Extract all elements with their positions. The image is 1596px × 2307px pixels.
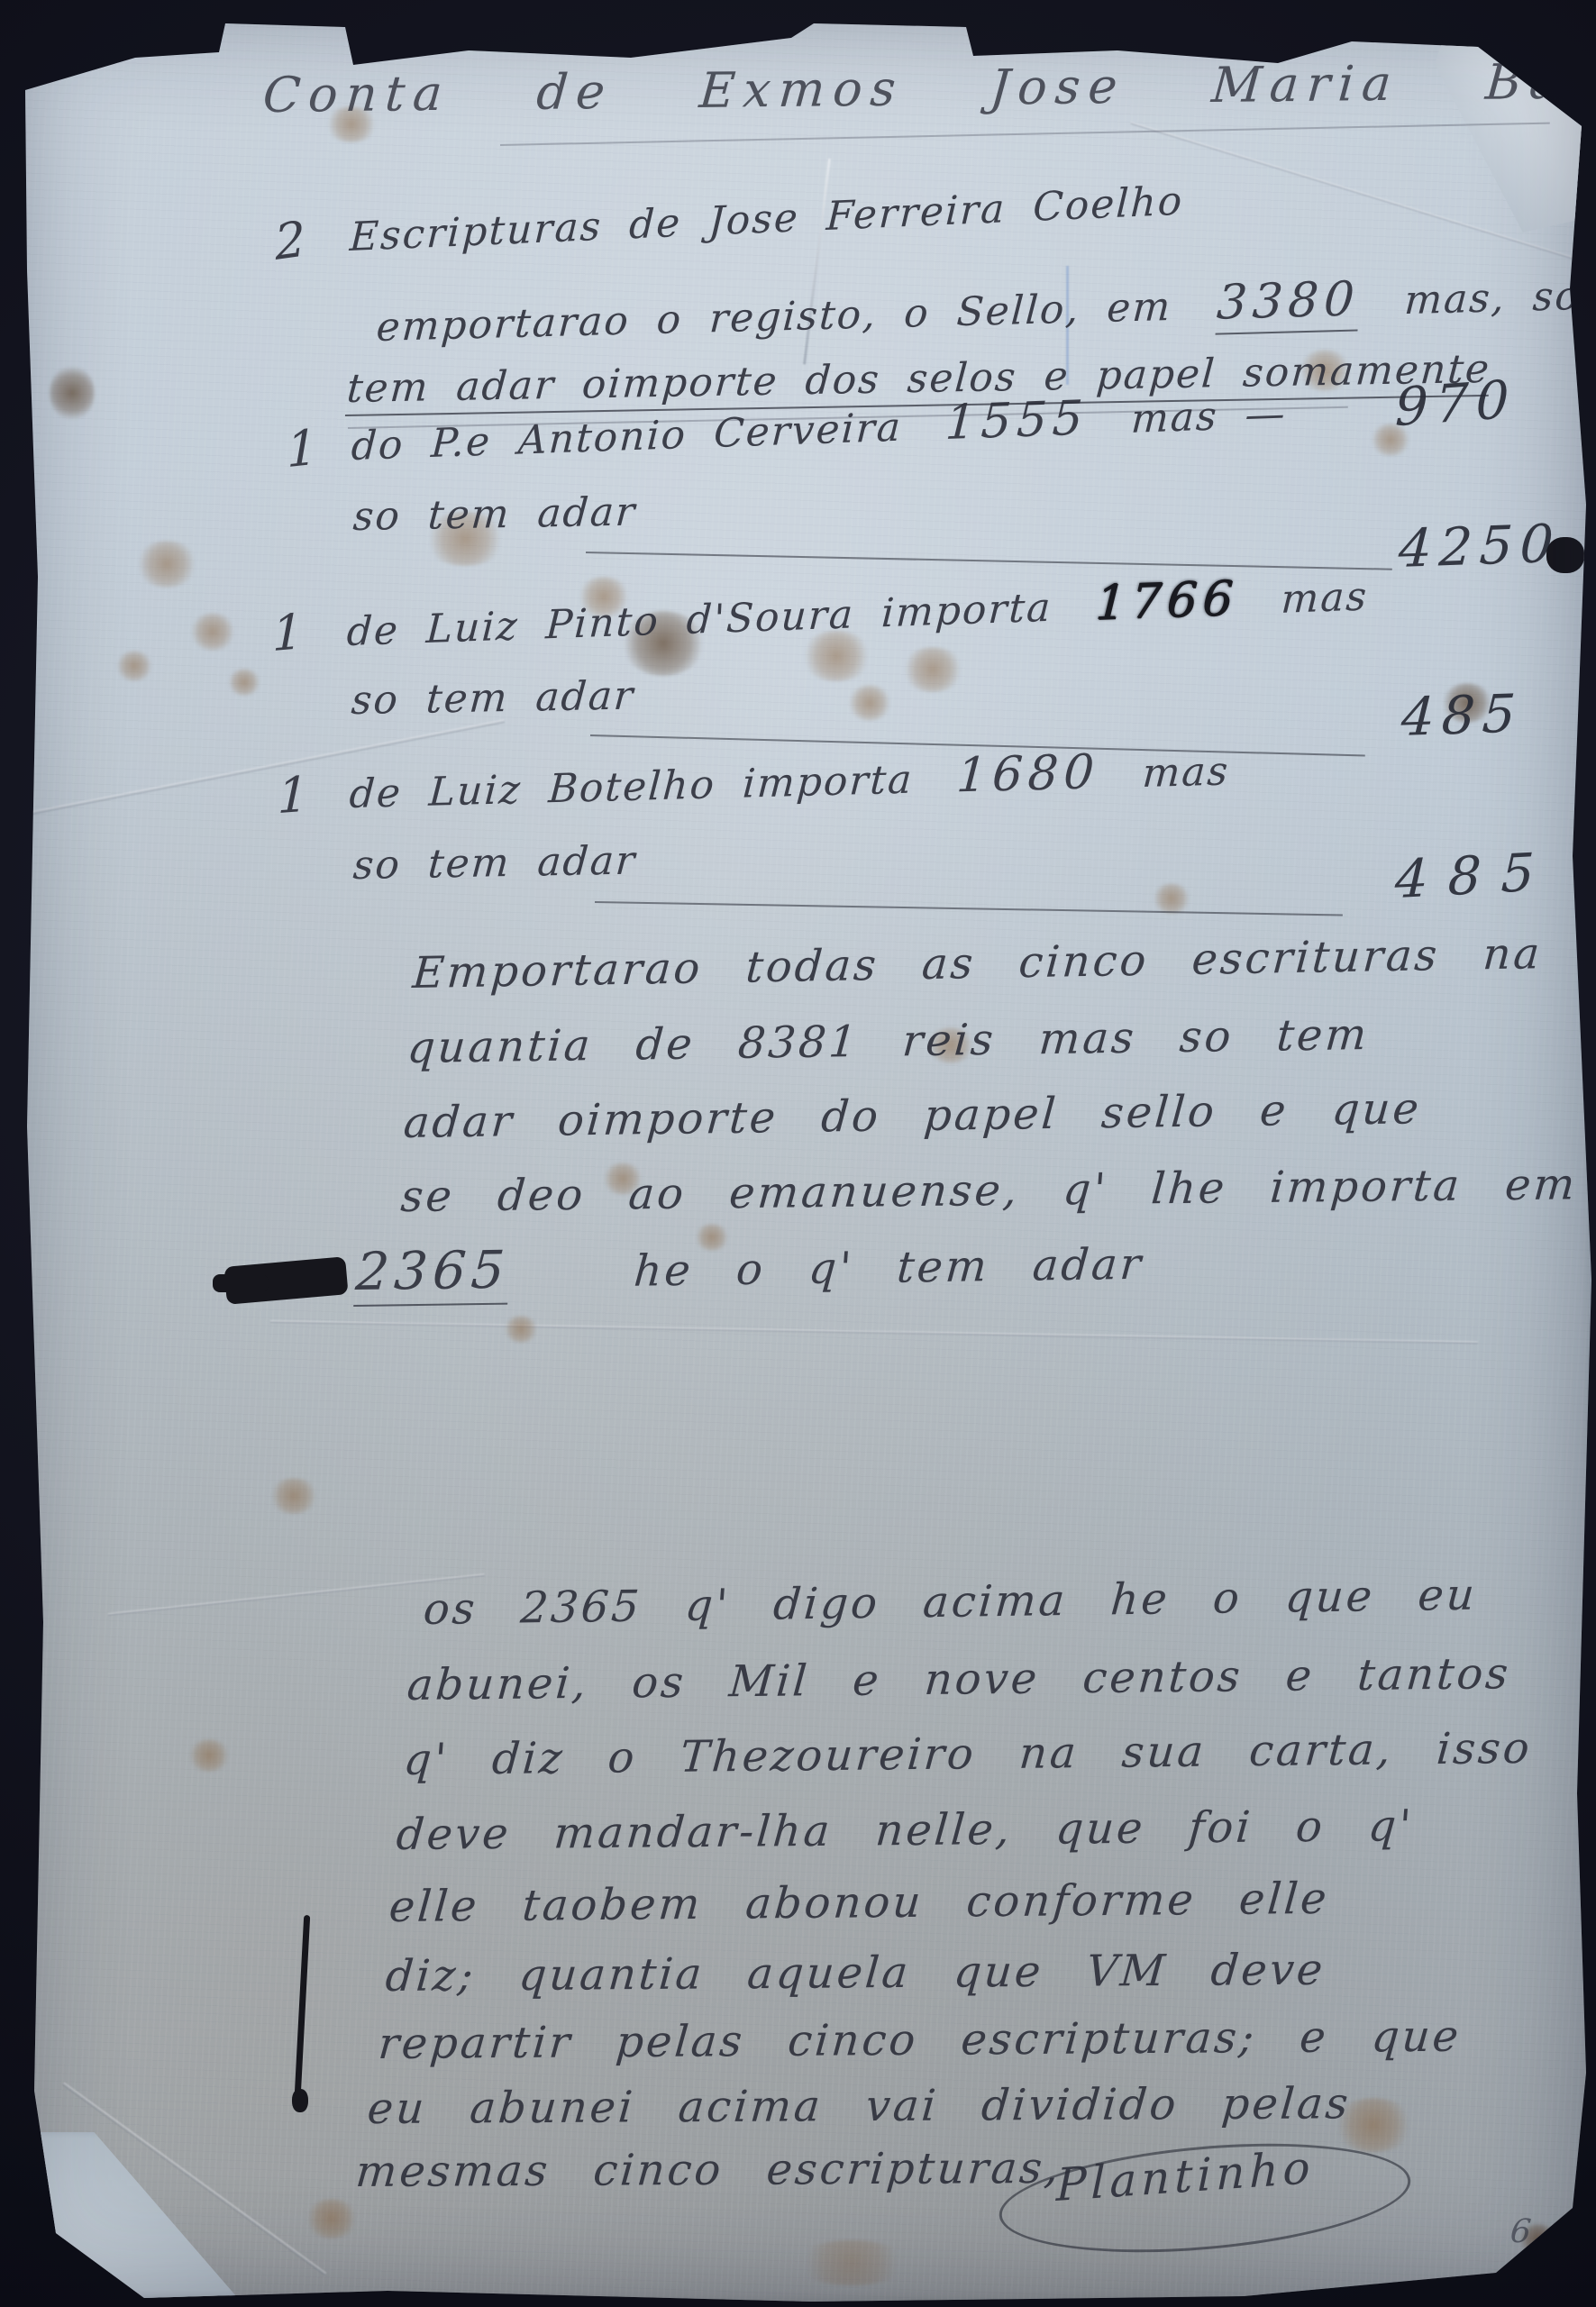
entry-quantity: 2: [273, 210, 306, 271]
entry-line-value: 1766: [1094, 570, 1239, 631]
stain: [847, 685, 892, 721]
manuscript-paper: Conta de Exmos Jose Maria Bandeira 2 Esc…: [0, 0, 1596, 2307]
note-line: q' diz o Thezoureiro na sua carta, isso: [402, 1723, 1534, 1785]
ink-blot-strikethrough: [213, 1274, 269, 1292]
ink-drip: [292, 2089, 308, 2112]
stain: [227, 669, 261, 696]
summary-value: 2365: [353, 1240, 512, 1307]
note-line: diz; quantia aquela que VM deve: [384, 1945, 1327, 2002]
stain: [305, 2199, 359, 2239]
note-line: os 2365 q' digo acima he o que eu: [422, 1570, 1479, 1635]
stain: [135, 541, 198, 588]
leader-line: [595, 901, 1343, 916]
amount-value: 970: [1394, 368, 1517, 438]
entry-line-value: 1680: [955, 744, 1101, 803]
entry-line: de Luiz Botelho importa 1680 mas: [348, 741, 1231, 819]
entry-line: Escripturas de Jose Ferreira Coelho: [349, 178, 1184, 261]
stain: [189, 613, 236, 651]
stain: [115, 651, 153, 681]
note-line: mesmas cinco escripturas,: [354, 2143, 1063, 2197]
note-line: eu abunei acima vai dividido pelas: [366, 2078, 1353, 2134]
entry-line: so tem adar: [351, 488, 638, 540]
entry-line: emportarao o registo, o Sello, em 3380 m…: [375, 266, 1582, 352]
summary-line-text: he o q' tem adar: [632, 1239, 1145, 1297]
leader-line: [586, 552, 1392, 570]
entry-line: so tem adar: [350, 672, 636, 724]
entry-line-text: mas: [1141, 748, 1231, 797]
entry-line: so tem adar: [351, 837, 638, 889]
document-title: Conta de Exmos Jose Maria Bandeira: [261, 50, 1596, 123]
stain: [901, 647, 964, 692]
stain: [503, 1316, 539, 1343]
amount-value: 4250: [1397, 513, 1562, 579]
summary-line: se deo ao emanuense, q' lhe importa em: [399, 1159, 1579, 1222]
entry-quantity: 1: [277, 765, 308, 825]
photo-background: Conta de Exmos Jose Maria Bandeira 2 Esc…: [0, 0, 1596, 2307]
stain: [50, 365, 95, 421]
entry-line-text: do P.e Antonio Cerveira: [351, 405, 904, 470]
summary-line: Emportarao todas as cinco escrituras na: [411, 928, 1544, 998]
ink-drip: [295, 1915, 310, 2095]
entry-line-text: mas —: [1130, 391, 1288, 442]
summary-line: adar oimporte do papel sello e que: [402, 1083, 1423, 1148]
entry-quantity: 1: [272, 603, 303, 662]
entry-line-text: emportarao o registo, o Sello, em: [375, 284, 1172, 351]
amount-value: 485: [1394, 841, 1555, 910]
stain: [187, 1739, 231, 1772]
stain: [1152, 883, 1191, 914]
entry-line-value: 3380: [1215, 271, 1361, 334]
entry-line-text: mas, so: [1403, 273, 1582, 324]
amount-value: 485: [1400, 682, 1524, 748]
entry-quantity: 1: [286, 418, 317, 479]
note-line: abunei, os Mil e nove centos e tantos: [406, 1648, 1512, 1710]
note-line: deve mandar-lha nelle, que foi o q': [395, 1801, 1416, 1860]
entry-line-text: mas: [1280, 573, 1369, 622]
summary-line: 2365 he o q' tem adar: [354, 1231, 1146, 1302]
paper-crease: [270, 1320, 1478, 1344]
stain: [793, 2240, 910, 2285]
stain: [269, 1478, 319, 1514]
note-line: repartir pelas cinco escripturas; e que: [377, 2011, 1464, 2069]
entry-line-text: de Luiz Botelho importa: [348, 757, 915, 817]
note-line: elle taobem abonou conforme elle: [388, 1874, 1331, 1932]
summary-line: quantia de 8381 reis mas so tem: [406, 1009, 1371, 1073]
ink-blot: [1546, 537, 1584, 573]
corner-mark: 6: [1509, 2213, 1532, 2250]
entry-line-text: de Luiz Pinto d'Soura importa: [346, 585, 1053, 655]
pencil-guide-line: [500, 123, 1550, 146]
entry-line-value: 1555: [944, 390, 1089, 451]
paper-fold-bottom-left: [31, 2132, 242, 2303]
